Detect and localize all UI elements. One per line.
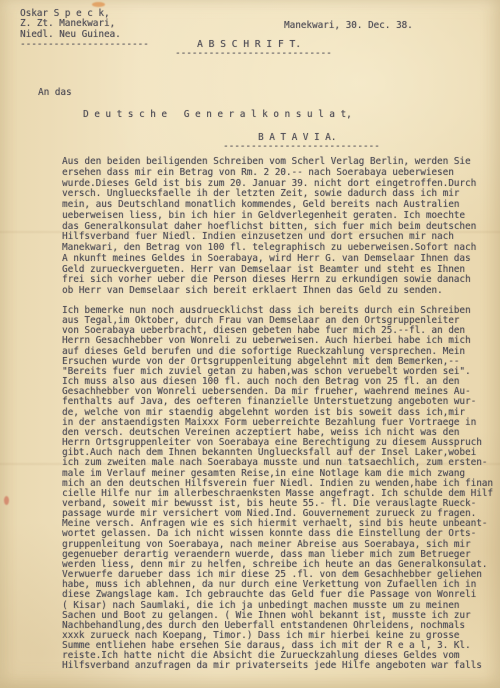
dateline: Manekwari, 30. Dec. 38.	[284, 20, 413, 31]
paper-stain	[92, 2, 105, 7]
recipient-name: D e u t s c h e G e n e r a l k o n s u …	[83, 109, 352, 120]
scanned-letter-page: Oskar S p e c k, Z. Zt. Manekwari, Niedl…	[0, 0, 500, 688]
letter-paragraph-2: Ich bemerke nun noch ausdruecklichst das…	[62, 306, 500, 672]
sender-address-block: Oskar S p e c k, Z. Zt. Manekwari, Niedl…	[20, 9, 149, 50]
document-title-underline: ----------------------------	[175, 48, 332, 59]
letter-paragraph-1: Aus den beiden beiligenden Schreiben vom…	[62, 157, 500, 297]
recipient-city-underline: ----------------------------	[223, 141, 380, 152]
paper-stain	[4, 496, 9, 505]
recipient-intro: An das	[38, 87, 72, 98]
